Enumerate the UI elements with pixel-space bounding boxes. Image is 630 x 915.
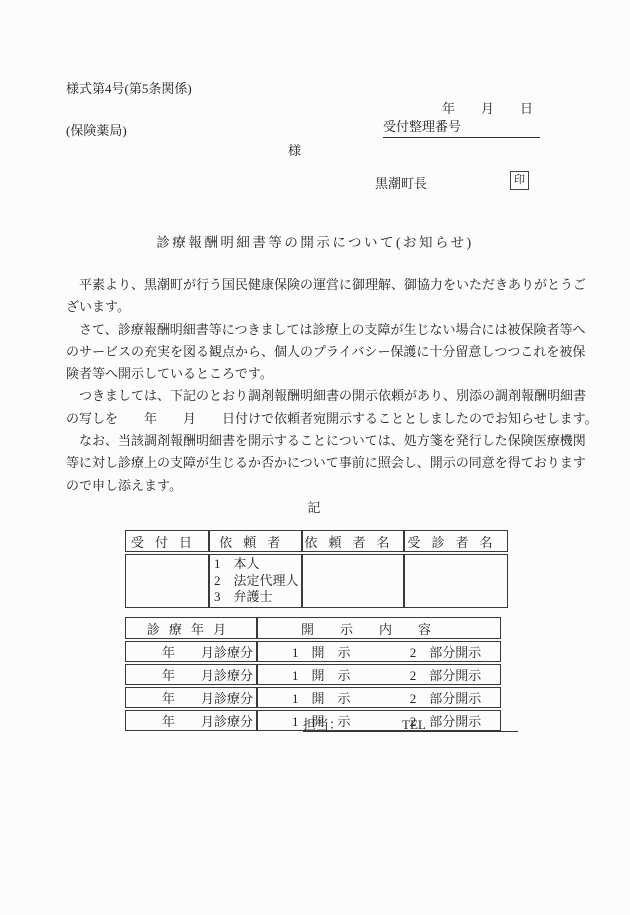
header-treatment-period: 診療年月 <box>125 617 257 639</box>
request-table: 受付日 依頼者 依頼者名 受診者名 1 本人 2 法定代理人 3 弁護士 <box>125 528 508 610</box>
form-number: 様式第4号(第5条関係) <box>66 78 192 97</box>
period-cell: 年 月診療分 <box>125 641 257 662</box>
requester-options-cell: 1 本人 2 法定代理人 3 弁護士 <box>209 554 302 608</box>
choice-full-disclosure: 1 開 示 <box>292 642 351 661</box>
period-cell: 年 月診療分 <box>125 664 257 685</box>
disclosure-table-header-row: 診療年月 開示内容 <box>125 617 501 639</box>
reception-date-cell <box>125 554 209 608</box>
period-cell: 年 月診療分 <box>125 687 257 708</box>
disclosure-row: 年 月診療分 1 開 示 2 部分開示 <box>125 687 501 708</box>
body-line: ので申し添えます。 <box>66 475 571 497</box>
seal-mark: 印 <box>510 171 529 190</box>
body-line: さて、診療報酬明細書等につきましては診療上の支障が生じない場合には被保険者等へ <box>66 319 571 341</box>
header-patient-name: 受診者名 <box>404 530 508 552</box>
receipt-number-field: 受付整理番号 <box>383 116 540 138</box>
record-marker: 記 <box>0 497 630 516</box>
document-title: 診療報酬明細書等の開示について(お知らせ) <box>0 231 630 251</box>
contact-label: 担当： <box>303 717 342 732</box>
choices-cell: 1 開 示 2 部分開示 <box>257 664 501 685</box>
request-table-header-row: 受付日 依頼者 依頼者名 受診者名 <box>125 530 508 552</box>
header-disclosure-content: 開示内容 <box>257 617 501 639</box>
requester-option: 1 本人 <box>214 556 299 573</box>
choice-full-disclosure: 1 開 示 <box>292 665 351 684</box>
requester-option: 2 法定代理人 <box>214 573 299 590</box>
mayor-name: 黒潮町長 <box>375 173 427 192</box>
choice-partial-disclosure: 2 部分開示 <box>410 688 482 707</box>
disclosure-row: 年 月診療分 1 開 示 2 部分開示 <box>125 664 501 685</box>
document-page: 様式第4号(第5条関係) 年 月 日 (保険薬局) 受付整理番号 様 黒潮町長 … <box>0 0 630 915</box>
disclosure-row: 年 月診療分 1 開 示 2 部分開示 <box>125 641 501 662</box>
choices-cell: 1 開 示 2 部分開示 <box>257 687 501 708</box>
choices-cell: 1 開 示 2 部分開示 <box>257 641 501 662</box>
choice-partial-disclosure: 2 部分開示 <box>410 665 482 684</box>
body-line: つきましては、下記のとおり調剤報酬明細書の開示依頼があり、別添の調剤報酬明細書 <box>66 385 571 407</box>
body-line: のサービスの充実を図る観点から、個人のプライバシー保護に十分留意しつつこれを被保 <box>66 341 571 363</box>
request-table-body-row: 1 本人 2 法定代理人 3 弁護士 <box>125 554 508 608</box>
requester-name-cell <box>302 554 404 608</box>
body-line: ざいます。 <box>66 296 571 318</box>
addressee-suffix: 様 <box>288 140 301 159</box>
tel-label: TEL <box>402 717 426 732</box>
requester-option: 3 弁護士 <box>214 589 299 606</box>
body-line: の写しを 年 月 日付けで依頼者宛開示することとしましたのでお知らせします。 <box>66 408 571 430</box>
pharmacy-label: (保険薬局) <box>66 120 127 139</box>
date-line: 年 月 日 <box>442 98 533 117</box>
header-requester-name: 依頼者名 <box>302 530 404 552</box>
body-line: なお、当該調剤報酬明細書を開示することについては、処方箋を発行した保険医療機関 <box>66 430 571 452</box>
header-requester: 依頼者 <box>209 530 302 552</box>
period-cell: 年 月診療分 <box>125 710 257 731</box>
body-line: 険者等へ開示しているところです。 <box>66 363 571 385</box>
contact-line: 担当：TEL <box>303 714 518 732</box>
body-text: 平素より、黒潮町が行う国民健康保険の運営に御理解、御協力をいただきありがとうご … <box>66 274 571 497</box>
header-reception-date: 受付日 <box>125 530 209 552</box>
body-line: 等に対し診療上の支障が生じるか否かについて事前に照会し、開示の同意を得ております <box>66 452 571 474</box>
choice-full-disclosure: 1 開 示 <box>292 688 351 707</box>
body-line: 平素より、黒潮町が行う国民健康保険の運営に御理解、御協力をいただきありがとうご <box>66 274 571 296</box>
patient-name-cell <box>404 554 508 608</box>
choice-partial-disclosure: 2 部分開示 <box>410 642 482 661</box>
